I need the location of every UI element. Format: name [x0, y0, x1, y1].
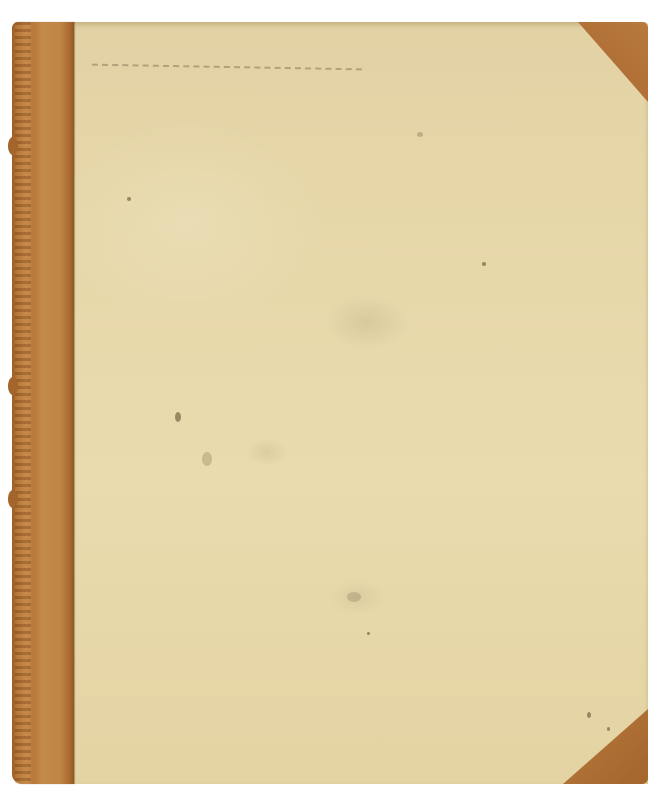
- book-cover: [12, 22, 648, 784]
- paper-board: [67, 22, 648, 784]
- raised-band: [8, 137, 18, 155]
- foxing-spot: [175, 412, 181, 422]
- raised-band: [8, 490, 18, 508]
- foxing-spot: [417, 132, 423, 137]
- foxing-spot: [482, 262, 486, 266]
- faint-handwriting: [92, 50, 362, 71]
- raised-band: [8, 377, 18, 395]
- leather-spine: [12, 22, 74, 784]
- foxing-spot: [367, 632, 370, 635]
- foxing-spot: [202, 452, 212, 466]
- foxing-spot: [347, 592, 361, 602]
- foxing-spot: [587, 712, 591, 718]
- foxing-spot: [127, 197, 131, 201]
- foxing-spot: [607, 727, 610, 731]
